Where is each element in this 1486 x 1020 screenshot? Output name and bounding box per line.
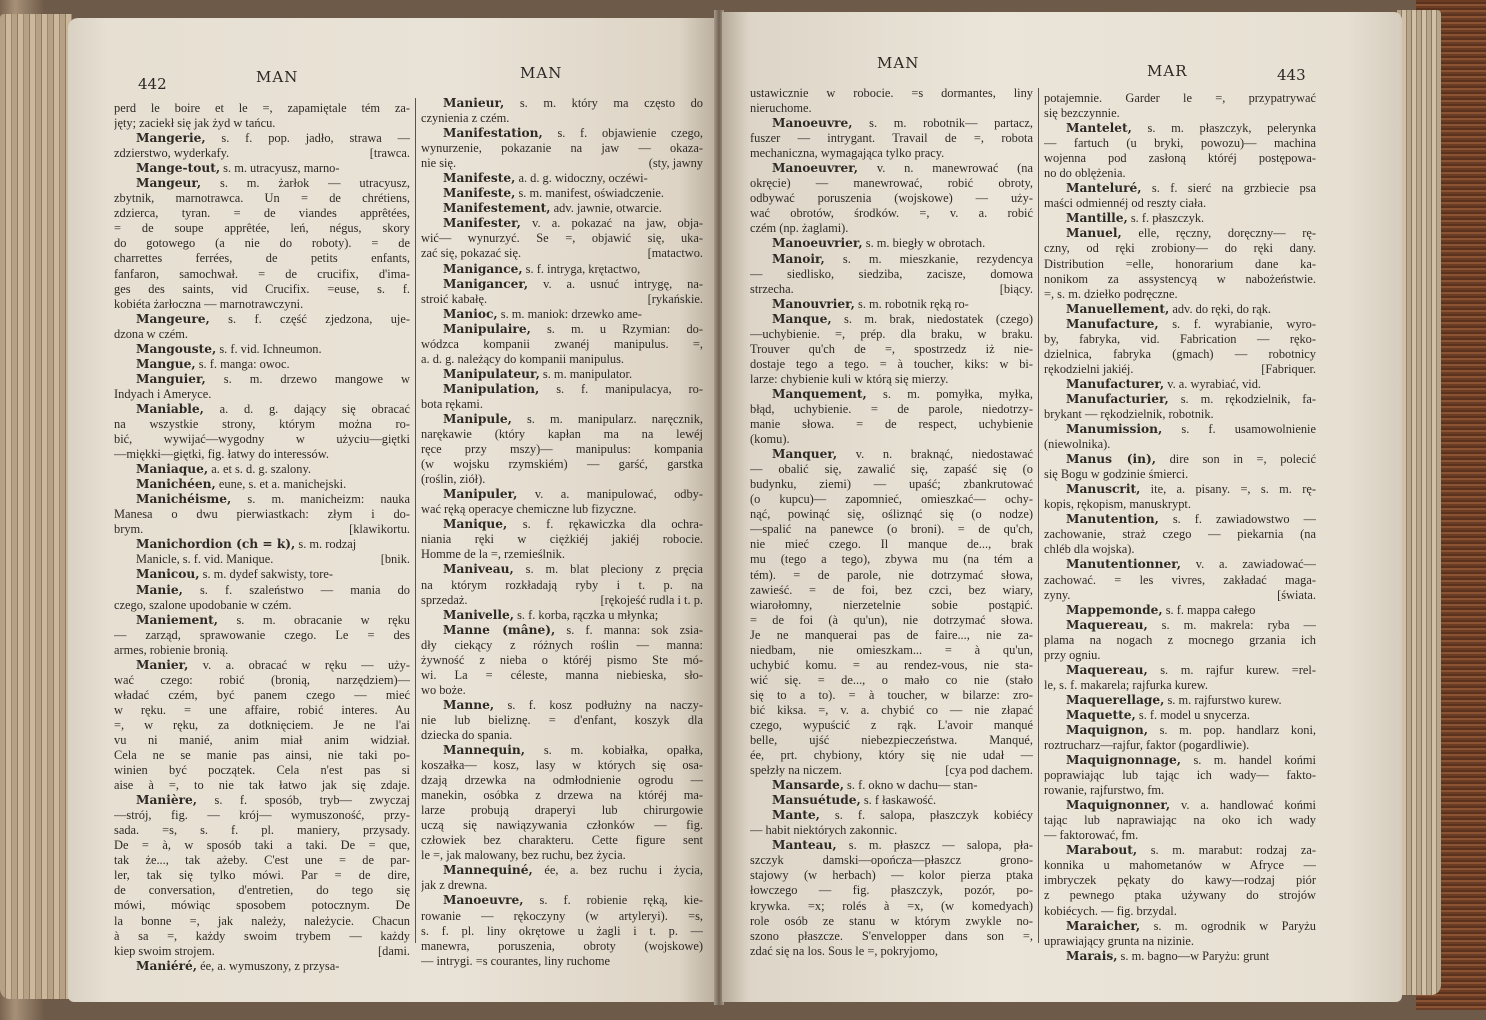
headword: Mappemonde, <box>1066 603 1163 617</box>
dictionary-line: budynku, ziemi) — upaść; zbankrutować <box>750 477 1033 492</box>
dictionary-line: ręce przy mszy)— manipulus: kompania <box>421 442 703 457</box>
right-page: MAN MAR 443 ustawicznie w robocie. =s do… <box>722 12 1402 1002</box>
dictionary-line: vu ni manié, anim miał anim widział. <box>114 733 410 748</box>
dictionary-line: konnika u mahometanów w Afryce — <box>1044 858 1316 873</box>
headword: Manutention, <box>1066 512 1159 526</box>
dictionary-line: okręcie) — manewrować, robić obroty, <box>750 176 1033 191</box>
headword: Manieur, <box>443 96 504 110</box>
dictionary-line: by, fabryka, vid. Fabrication — ręko- <box>1044 332 1316 347</box>
dictionary-line: Maquereau, s. m. rajfur kurew. =rel- <box>1044 663 1316 678</box>
dictionary-line: Mansarde, s. f. okno w dachu— stan- <box>750 778 1033 793</box>
headword: Maquette, <box>1066 708 1136 722</box>
dictionary-line: Manoeuvre, s. f. robienie ręką, kie- <box>421 893 703 908</box>
dictionary-line: dostaje tego a tego. = à toucher, kiks: … <box>750 357 1033 372</box>
dictionary-line: w ręku. = une affaire, robić interes. Au <box>114 703 410 718</box>
dictionary-line: =, w ręku, za dotknięciem. Je ne l'ai <box>114 718 410 733</box>
dictionary-line: czego, szalone upodobanie w czém. <box>114 598 410 613</box>
dictionary-line: de conversation, d'entretien, do tego si… <box>114 883 410 898</box>
headword: Manoeuvre, <box>772 116 853 130</box>
dictionary-line: Manipulaire, s. m. u Rzymian: do- <box>421 322 703 337</box>
dictionary-line: z pewnego ptaka używany do strojów <box>1044 888 1316 903</box>
headword: Manifeste, <box>443 186 515 200</box>
headword: Manuscrit, <box>1066 482 1140 496</box>
dictionary-line: Trouver qu'ch de =, spostrzedz iż nie- <box>750 342 1033 357</box>
headword: Manutentionner, <box>1066 557 1181 571</box>
dictionary-line: jak z drewna. <box>421 878 703 893</box>
dictionary-line: wi. La = céleste, manna niebieska, sło- <box>421 668 703 683</box>
headword: Manteau, <box>772 838 837 852</box>
headword: Maniveau, <box>443 562 514 576</box>
dictionary-line: Mangue, s. f. manga: owoc. <box>114 357 410 372</box>
dictionary-line: bić, wywijać—wygodny w użyciu—giętki <box>114 432 410 447</box>
dictionary-line: Mappemonde, s. f. mappa całego <box>1044 603 1316 618</box>
headword: Manipulateur, <box>443 367 540 381</box>
dictionary-line: Manicle, s. f. vid. Manique.[bnik. <box>114 552 410 567</box>
dictionary-line: Manne (mâne), s. f. manna: sok zsia- <box>421 623 703 638</box>
dictionary-line: odbywać poruszenia (wojskowe) — uży- <box>750 191 1033 206</box>
headword: Maquereau, <box>1066 618 1148 632</box>
dictionary-line: charrettes ferrées, de petits enfants, <box>114 251 410 266</box>
dictionary-line: Manque, s. m. brak, niedostatek (czego) <box>750 312 1033 327</box>
dictionary-line: Manouvrier, s. m. robotnik ręką ro- <box>750 297 1033 312</box>
dictionary-line: Maraicher, s. m. ogrodnik w Paryżu <box>1044 919 1316 934</box>
headword: Manichéen, <box>136 477 216 491</box>
dictionary-line: czém (np. żaglami). <box>750 221 1033 236</box>
dictionary-line: łowczego — fig. płaszczyk, pozór, po- <box>750 883 1033 898</box>
dictionary-line: bić kiksa. =, v. a. chybić co — nie złap… <box>750 703 1033 718</box>
left-page: 442 MAN MAN perd le boire et le =, zapam… <box>68 18 718 1002</box>
dictionary-line: Manuellement, adv. do ręki, do rąk. <box>1044 302 1316 317</box>
left-column-2: Manieur, s. m. który ma często doczynien… <box>421 96 703 969</box>
dictionary-line: Mangouste, s. f. vid. Ichneumon. <box>114 342 410 357</box>
dictionary-line: Maquerellage, s. m. rajfurstwo kurew. <box>1044 693 1316 708</box>
headword: Maquereau, <box>1066 663 1148 677</box>
dictionary-line: mu (tego a tego), zbywa mu (na tém a <box>750 552 1033 567</box>
dictionary-line: armes, robienie bronią. <box>114 643 410 658</box>
dictionary-line: De = à, w sposób taki a taki. De = que, <box>114 838 410 853</box>
headword: Manouvrier, <box>772 297 855 311</box>
dictionary-line: Maniable, a. d. g. dający się obracać <box>114 402 410 417</box>
dictionary-line: Marabout, s. m. marabut: rodzaj za- <box>1044 843 1316 858</box>
dictionary-line: Manichéisme, s. m. manicheizm: nauka <box>114 492 410 507</box>
dictionary-line: wynurzenie, pokazanie na jaw — okaza- <box>421 141 703 156</box>
dictionary-line: Manicou, s. m. dydef sakwisty, tore- <box>114 567 410 582</box>
open-book: 442 MAN MAN perd le boire et le =, zapam… <box>0 0 1486 1020</box>
dictionary-line: =, s. m. dziełko podręczne. <box>1044 287 1316 302</box>
dictionary-line: narękawie (który kapłan ma na lewéj <box>421 427 703 442</box>
dictionary-line: Manufacture, s. f. wyrabianie, wyro- <box>1044 317 1316 332</box>
dictionary-line: Manivelle, s. f. korba, rączka u młynka; <box>421 608 703 623</box>
dictionary-line: nie mieć czego. Il manque de..., brak <box>750 537 1033 552</box>
dictionary-line: —spalić na panewce (o broni). = de qu'ch… <box>750 522 1033 537</box>
dictionary-line: się Bogu w godzinie śmierci. <box>1044 467 1316 482</box>
dictionary-line: Distribution =elle, honorarium dane ka- <box>1044 257 1316 272</box>
dictionary-line: Manipuler, v. a. manipulować, odby- <box>421 487 703 502</box>
headword: Mante, <box>772 808 820 822</box>
dictionary-line: role osób ze stanu w którym zwykle no- <box>750 914 1033 929</box>
headword: Manique, <box>443 517 507 531</box>
dictionary-line: rękodzielni jakiéj.[Fabriquer. <box>1044 362 1316 377</box>
headword: Manguier, <box>136 372 206 386</box>
dictionary-line: wać ręką operacye chemiczne lub fizyczne… <box>421 502 703 517</box>
headword: Manichordion (ch = k), <box>136 537 295 551</box>
dictionary-line: wojenna pod zasłoną któréj postępowa- <box>1044 151 1316 166</box>
dictionary-line: zachowanie, straż czego — piekarnia (na <box>1044 527 1316 542</box>
dictionary-line: Manutentionner, v. a. zawiadować— <box>1044 557 1316 572</box>
running-head-right-col1: MAN <box>877 54 919 72</box>
headword: Mantelet, <box>1066 121 1132 135</box>
dictionary-line: mówi, mówiąc sposobem potocznym. De <box>114 898 410 913</box>
left-page-edges <box>0 14 72 999</box>
dictionary-line: zdać się na los. Sous le =, pokryjomo, <box>750 944 1033 959</box>
headword: Manigance, <box>443 262 523 276</box>
headword: Marabout, <box>1066 843 1137 857</box>
headword: Manicou, <box>136 567 200 581</box>
dictionary-line: Manuel, elle, ręczny, doręczny— rę- <box>1044 226 1316 241</box>
dictionary-line: ges des saints, vid Crucifix. =euse, s. … <box>114 282 410 297</box>
dictionary-line: bota rękami. <box>421 397 703 412</box>
headword: Manioc, <box>443 307 498 321</box>
dictionary-line: człowiek bez charakteru. Cette figure se… <box>421 833 703 848</box>
dictionary-line: Manifeste, s. m. manifest, oświadczenie. <box>421 186 703 201</box>
headword: Maniement, <box>136 613 218 627</box>
headword: Manifestation, <box>443 126 543 140</box>
dictionary-line: dziecka do spania. <box>421 728 703 743</box>
dictionary-line: kopis, rękopism, manuskrypt. <box>1044 497 1316 512</box>
dictionary-line: Manipulateur, s. m. manipulator. <box>421 367 703 382</box>
dictionary-line: Mangeure, s. f. część zjedzona, uje- <box>114 312 410 327</box>
headword: Mangue, <box>136 357 196 371</box>
dictionary-line: Manichéen, eune, s. et a. manichejski. <box>114 477 410 492</box>
dictionary-line: le =, jak malowany, bez ruchu, bez życia… <box>421 848 703 863</box>
dictionary-line: — obalić się, zawalić się, zapaść się (o <box>750 462 1033 477</box>
dictionary-line: —miękki—giętki, fig. łatwy do interessów… <box>114 447 410 462</box>
dictionary-line: chléb dla wojska). <box>1044 542 1316 557</box>
dictionary-line: Manus (in), dire son in =, polecić <box>1044 452 1316 467</box>
headword: Manuellement, <box>1066 302 1169 316</box>
dictionary-line: Manigance, s. f. intryga, krętactwo, <box>421 262 703 277</box>
right-column-1: ustawicznie w robocie. =s dormantes, lin… <box>750 86 1033 959</box>
headword: Manipuler, <box>443 487 517 501</box>
dictionary-line: belle, ujść niebezpieczeństwa. Manqué, <box>750 733 1033 748</box>
headword: Mange-tout, <box>136 161 220 175</box>
headword: Manoeuvrier, <box>772 236 863 250</box>
dictionary-line: Homme de la =, rzemieślnik. <box>421 547 703 562</box>
dictionary-line: potajemnie. Garder le =, przypatrywać <box>1044 91 1316 106</box>
headword: Manquement, <box>772 387 867 401</box>
dictionary-line: strzecha.[biący. <box>750 282 1033 297</box>
headword: Mangeur, <box>136 176 201 190</box>
dictionary-line: Maquignon, s. m. pop. handlarz koni, <box>1044 723 1316 738</box>
dictionary-line: Mangeur, s. m. żarłok — utracyusz, <box>114 176 410 191</box>
dictionary-line: dzona w czém. <box>114 327 410 342</box>
dictionary-line: Mansuétude, s. f łaskawość. <box>750 793 1033 808</box>
dictionary-line: Maniéré, ée, a. wymuszony, z przysa- <box>114 959 410 974</box>
dictionary-line: Mannequin, s. m. kobiałka, opałka, <box>421 743 703 758</box>
headword: Manne, <box>443 698 494 712</box>
dictionary-line: tając lub naprawiając na oko ich wady <box>1044 813 1316 828</box>
dictionary-line: Marais, s. m. bagno—w Paryżu: grunt <box>1044 949 1316 964</box>
dictionary-line: Maquignonnage, s. m. handel końmi <box>1044 753 1316 768</box>
dictionary-line: jęty; zaciekł się jak żyd w tańcu. <box>114 116 410 131</box>
headword: Manichéisme, <box>136 492 231 506</box>
dictionary-line: ler, tak się tylko mówi. Par = de dire, <box>114 868 410 883</box>
headword: Manifester, <box>443 216 521 230</box>
dictionary-line: (w wojsku rzymskiém) — garść, garstka <box>421 457 703 472</box>
dictionary-line: Manteau, s. m. płaszcz — salopa, pła- <box>750 838 1033 853</box>
dictionary-line: fuszer — intrygant. Travail de =, robota <box>750 131 1033 146</box>
dictionary-line: do gotowego (a nie do roboty). = de <box>114 236 410 251</box>
headword: Mangeure, <box>136 312 210 326</box>
headword: Manuel, <box>1066 226 1122 240</box>
dictionary-line: brym.[klawikortu. <box>114 522 410 537</box>
dictionary-line: (komu). <box>750 432 1033 447</box>
dictionary-line: — faktorować, fm. <box>1044 828 1316 843</box>
dictionary-line: żywność z nieba o któréj pismo Ste mó- <box>421 653 703 668</box>
headword: Manipulaire, <box>443 322 531 336</box>
headword: Manoir, <box>772 252 825 266</box>
dictionary-line: perd le boire et le =, zapamiętale tém z… <box>114 101 410 116</box>
dictionary-line: ée, prt. chybiony, który się nie udał — <box>750 748 1033 763</box>
dictionary-line: = de soupe apprêtée, leń, négus, skory <box>114 221 410 236</box>
dictionary-line: brykant — rękodzielnik, robotnik. <box>1044 407 1316 422</box>
dictionary-line: czny, od ręki zrobiony— do ręki dany. <box>1044 241 1316 256</box>
headword: Marais, <box>1066 949 1117 963</box>
dictionary-line: wić— wynurzyć. Se =, objawić się, uka- <box>421 231 703 246</box>
dictionary-line: błąd, uchybienie. = de parole, niedotrzy… <box>750 402 1033 417</box>
dictionary-line: niania ręki w ciężkiéj jakiéj robocie. <box>421 532 703 547</box>
dictionary-line: rowanie — rękoczyny (w artyleryi). =s, <box>421 909 703 924</box>
dictionary-line: fanfaron, samochwał. = de crucifix, d'im… <box>114 267 410 282</box>
dictionary-line: nieruchome. <box>750 101 1033 116</box>
page-number-right: 443 <box>1277 66 1306 84</box>
dictionary-line: Mantelet, s. m. płaszczyk, pelerynka <box>1044 121 1316 136</box>
dictionary-line: Manquer, v. n. braknąć, niedostawać <box>750 447 1033 462</box>
column-divider-left <box>415 98 416 943</box>
headword: Maniéré, <box>136 959 197 973</box>
dictionary-line: krywka. =x; rolés à =x, (w komedyach) <box>750 899 1033 914</box>
dictionary-line: Manteluré, s. f. sierć na grzbiecie psa <box>1044 181 1316 196</box>
dictionary-line: stajowy (w herbach) — kolor pierza ptaka <box>750 868 1033 883</box>
dictionary-line: nie lub bieliznę. = d'enfant, koszyk dla <box>421 713 703 728</box>
dictionary-line: ustawicznie w robocie. =s dormantes, lin… <box>750 86 1033 101</box>
dictionary-line: s. f. pl. liny okrętowe u żagli i t. p. … <box>421 924 703 939</box>
dictionary-line: Indyach i Ameryce. <box>114 387 410 402</box>
headword: Mansuétude, <box>772 793 861 807</box>
dictionary-line: —strój, fig. — krój— wymuszoność, przy- <box>114 808 410 823</box>
headword: Mannequin, <box>443 743 525 757</box>
dictionary-line: Manière, s. f. sposób, tryb— zwyczaj <box>114 793 410 808</box>
right-column-2: potajemnie. Garder le =, przypatrywaćsię… <box>1044 91 1316 964</box>
dictionary-line: Manoeuvre, s. m. robotnik— partacz, <box>750 116 1033 131</box>
headword: Manquer, <box>772 447 837 461</box>
dictionary-line: Manifestation, s. f. objawienie czego, <box>421 126 703 141</box>
dictionary-line: zbytnik, marnotrawca. Un = de chrétiens, <box>114 191 410 206</box>
dictionary-line: kobiécych. — fig. brzydal. <box>1044 904 1316 919</box>
dictionary-line: — habit niektórych zakonnic. <box>750 823 1033 838</box>
headword: Mansarde, <box>772 778 844 792</box>
right-page-edges <box>1397 10 1441 995</box>
dictionary-line: zachować. = les vivres, zakładać maga- <box>1044 573 1316 588</box>
headword: Manufacturer, <box>1066 377 1164 391</box>
dictionary-line: Cela ne se manie pas ainsi, nie taki po- <box>114 748 410 763</box>
dictionary-line: wać czego: robić (bronią, narzędziem)— <box>114 673 410 688</box>
dictionary-line: wiarołomny, nierzetelnie sobie postąpić. <box>750 598 1033 613</box>
dictionary-line: Manguier, s. m. drzewo mangowe w <box>114 372 410 387</box>
dictionary-line: Manufacturier, s. m. rękodzielnik, fa- <box>1044 392 1316 407</box>
dictionary-line: Manoeuvrier, s. m. biegły w obrotach. <box>750 236 1033 251</box>
dictionary-line: zawieść. = de foi, bez czci, bez wiary, <box>750 583 1033 598</box>
dictionary-line: Je ne manquerai pas de faire..., nie za- <box>750 628 1033 643</box>
dictionary-line: Maquette, s. f. model u snycerza. <box>1044 708 1316 723</box>
dictionary-line: nie się.(sty, jawny <box>421 156 703 171</box>
dictionary-line: imbryczek pękaty do kawy—rodzaj piór <box>1044 873 1316 888</box>
headword: Manufacturier, <box>1066 392 1169 406</box>
headword: Mannequiné, <box>443 863 533 877</box>
headword: Manoeuvrer, <box>772 161 858 175</box>
headword: Manoeuvre, <box>443 893 524 907</box>
headword: Maniable, <box>136 402 204 416</box>
dictionary-line: Manuscrit, ite, a. pisany. =, s. m. rę- <box>1044 482 1316 497</box>
dictionary-line: uczą się nawiązywania członków — fig. <box>421 818 703 833</box>
dictionary-line: zać się, pokazać się.[matactwo. <box>421 246 703 261</box>
headword: Manivelle, <box>443 608 514 622</box>
headword: Manière, <box>136 793 197 807</box>
dictionary-line: Mantille, s. f. płaszczyk. <box>1044 211 1316 226</box>
dictionary-line: sada. =s, s. f. pl. maniery, przysady. <box>114 823 410 838</box>
dictionary-line: Maniaque, a. et s. d. g. szalony. <box>114 462 410 477</box>
dictionary-line: = de foi (à qu'un), nie dotrzymać słowa. <box>750 613 1033 628</box>
headword: Mantille, <box>1066 211 1128 225</box>
headword: Manifeste, <box>443 171 515 185</box>
dictionary-line: Manipulation, s. f. manipulacya, ro- <box>421 382 703 397</box>
dictionary-line: manie słowa. = de respect, uchybienie <box>750 417 1033 432</box>
headword: Manifestement, <box>443 201 551 215</box>
dictionary-line: — zarząd, sprawowanie czego. Le = des <box>114 628 410 643</box>
dictionary-line: wódzca kompanii zwanéj manipulus. =, <box>421 337 703 352</box>
dictionary-line: Manieur, s. m. który ma często do <box>421 96 703 111</box>
headword: Manipule, <box>443 412 512 426</box>
dictionary-line: się to a to). = à toucher, w bilarze: zr… <box>750 688 1033 703</box>
headword: Maraicher, <box>1066 919 1140 933</box>
dictionary-line: (o kupcu)— zapomnieć, omieszkać— ochy- <box>750 492 1033 507</box>
dictionary-line: le, s. f. makarela; rajfurka kurew. <box>1044 678 1316 693</box>
dictionary-line: Manie, s. f. szaleństwo — mania do <box>114 583 410 598</box>
headword: Manie, <box>136 583 183 597</box>
headword: Maquignon, <box>1066 723 1148 737</box>
dictionary-line: tak że..., tak ażeby. C'est une = de par… <box>114 853 410 868</box>
dictionary-line: zyny.[świata. <box>1044 588 1316 603</box>
running-head-left-col1: MAN <box>256 68 298 86</box>
dictionary-line: koszałka— kosz, lasy w których się osa- <box>421 758 703 773</box>
dictionary-line: na wszystkie strony, którym można ro- <box>114 417 410 432</box>
headword: Mangouste, <box>136 342 216 356</box>
headword: Manteluré, <box>1066 181 1142 195</box>
dictionary-line: maści odmiennéj od reszty ciała. <box>1044 196 1316 211</box>
dictionary-line: no do oblężenia. <box>1044 166 1316 181</box>
dictionary-line: (niewolnika). <box>1044 437 1316 452</box>
dictionary-line: Manioc, s. m. maniok: drzewko ame- <box>421 307 703 322</box>
dictionary-line: uprawiający grunta na nizinie. <box>1044 934 1316 949</box>
dictionary-line: nonikom za assystencyą w nabożeństwie. <box>1044 272 1316 287</box>
dictionary-line: Manichordion (ch = k), s. m. rodzaj <box>114 537 410 552</box>
left-column-1: perd le boire et le =, zapamiętale tém z… <box>114 101 410 974</box>
dictionary-line: spełzły na niczem.[cya pod dachem. <box>750 763 1033 778</box>
dictionary-line: Maniveau, s. m. blat pleciony z pręcia <box>421 562 703 577</box>
dictionary-line: zdzierca, tyran. = de viandes apprêtées, <box>114 206 410 221</box>
dictionary-line: kobiéta żarłoczna — marnotrawczyni. <box>114 297 410 312</box>
dictionary-line: larze probują draperyi lub chirurgowie <box>421 803 703 818</box>
headword: Manipulation, <box>443 382 539 396</box>
headword: Maniaque, <box>136 462 208 476</box>
dictionary-line: larze: chybienie kuli w którą się mierzy… <box>750 372 1033 387</box>
dictionary-line: zdzierstwo, wyderkafy.[trawca. <box>114 146 410 161</box>
headword: Manier, <box>136 658 188 672</box>
page-number-left: 442 <box>138 75 167 93</box>
dictionary-line: Manumission, s. f. usamowolnienie <box>1044 422 1316 437</box>
dictionary-line: dzielnica, fabryka (gmach) — robotnicy <box>1044 347 1316 362</box>
dictionary-line: Manifestement, adv. jawnie, otwarcie. <box>421 201 703 216</box>
dictionary-line: — intrygi. =s courantes, liny ruchome <box>421 954 703 969</box>
headword: Maquignonner, <box>1066 798 1170 812</box>
headword: Maquignonnage, <box>1066 753 1181 767</box>
dictionary-line: władać czém, być panem czego — mieć <box>114 688 410 703</box>
dictionary-line: Mannequiné, ée, a. bez ruchu i życia, <box>421 863 703 878</box>
dictionary-line: wać obrotów, środków. =, v. a. robić <box>750 206 1033 221</box>
dictionary-line: uchybić komu. = au rendez-vous, nie sta- <box>750 658 1033 673</box>
headword: Manumission, <box>1066 422 1162 436</box>
headword: Manufacture, <box>1066 317 1159 331</box>
dictionary-line: Manipule, s. m. manipularz. naręcznik, <box>421 412 703 427</box>
dictionary-line: Manigancer, v. a. usnuć intrygę, na- <box>421 277 703 292</box>
headword: Manus (in), <box>1066 452 1156 466</box>
dictionary-line: rowanie, rajfurstwo, fm. <box>1044 783 1316 798</box>
dictionary-line: niedbam, nie omieszkam... = à qu'un, <box>750 643 1033 658</box>
dictionary-line: la bonne =, jak należy, należycie. Chacu… <box>114 914 410 929</box>
dictionary-line: winien być początek. Cela n'est pas si <box>114 763 410 778</box>
dictionary-line: Manquement, s. m. pomyłka, myłka, <box>750 387 1033 402</box>
running-head-right-col2: MAR <box>1147 62 1188 80</box>
dictionary-line: Mante, s. f. salopa, płaszczyk kobiécy <box>750 808 1033 823</box>
dictionary-line: sprzedaż.[rękojeść rudla i t. p. <box>421 593 703 608</box>
dictionary-line: Manifeste, a. d. g. widoczny, oczéwi- <box>421 171 703 186</box>
dictionary-line: stroić kabałę.[rykańskie. <box>421 292 703 307</box>
dictionary-line: tém). = de parole, nie dotrzymać słowa, <box>750 568 1033 583</box>
dictionary-line: szono płaszcze. S'envelopper dans son =, <box>750 929 1033 944</box>
running-head-left-col2: MAN <box>520 64 562 82</box>
dictionary-line: (roślin, ziół). <box>421 472 703 487</box>
dictionary-line: Manier, v. a. obracać w ręku — uży- <box>114 658 410 673</box>
dictionary-line: wo boże. <box>421 683 703 698</box>
dictionary-line: nąć, powinąć się, ośliznąć się (o nodze) <box>750 507 1033 522</box>
dictionary-line: —uchybienie. =, prép. dla braku, w braku… <box>750 327 1033 342</box>
dictionary-line: szczyk damski—opończa—płaszcz grono- <box>750 853 1033 868</box>
dictionary-line: dły ciekący z różnych roślin — manna: <box>421 638 703 653</box>
dictionary-line: — fartuch (u bryki, powozu)— machina <box>1044 136 1316 151</box>
dictionary-line: Maquignonner, v. a. handlować końmi <box>1044 798 1316 813</box>
dictionary-line: manekin, osóbka z drzewa na któréj ma- <box>421 788 703 803</box>
dictionary-line: mechaniczna, wymagająca tylko pracy. <box>750 146 1033 161</box>
dictionary-line: Manutention, s. f. zawiadowstwo — <box>1044 512 1316 527</box>
dictionary-line: dzają drzewka na odmłodnienie ogrodu — <box>421 773 703 788</box>
dictionary-line: Maniement, s. m. obracanie w ręku <box>114 613 410 628</box>
column-divider-right <box>1038 88 1039 943</box>
dictionary-line: aise à =, to nie tak łatwo jak się zdaje… <box>114 778 410 793</box>
dictionary-line: czynienia z czém. <box>421 111 703 126</box>
dictionary-line: Manesa o dwu pierwiastkach: złym i do- <box>114 507 410 522</box>
dictionary-line: Manique, s. f. rękawiczka dla ochra- <box>421 517 703 532</box>
dictionary-line: Manifester, v. a. pokazać na jaw, obja- <box>421 216 703 231</box>
